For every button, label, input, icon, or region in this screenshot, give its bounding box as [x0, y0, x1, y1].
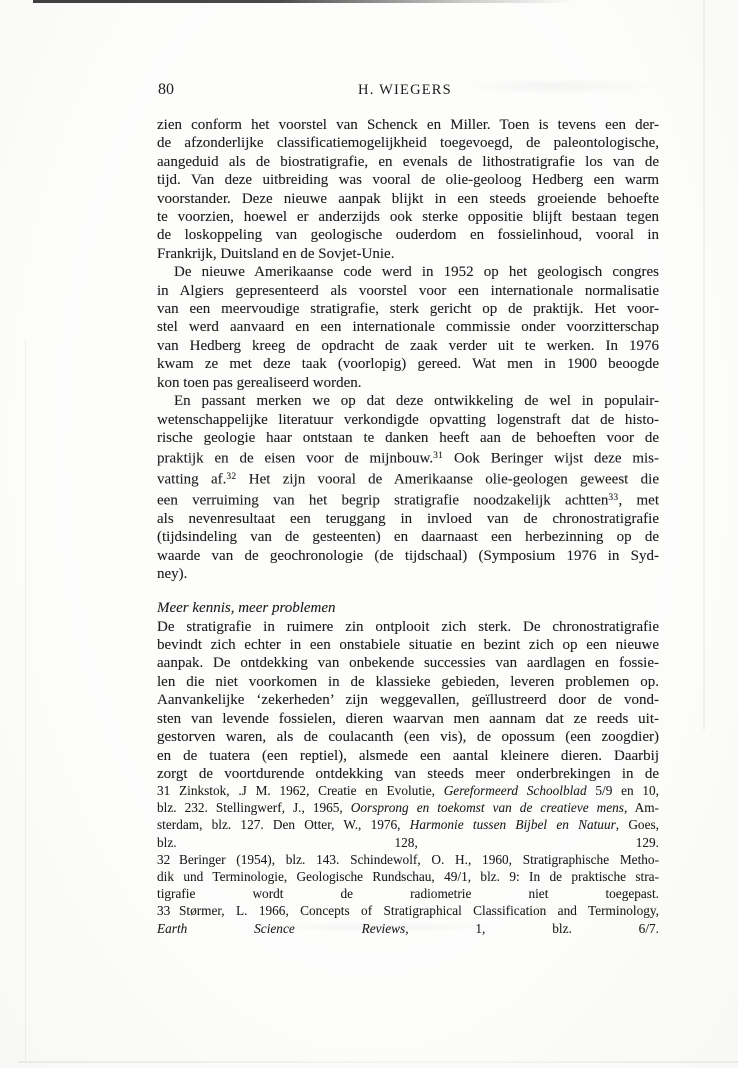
- text-line: ney).: [157, 565, 659, 583]
- italic-text: Oorsprong en toekomst van de creatieve m…: [351, 800, 624, 815]
- text-line: Earth Science Reviews, 1, blz. 6/7.: [157, 920, 659, 937]
- text-line: stel werd aanvaard en een internationale…: [157, 318, 659, 336]
- text-line: len die niet voorkomen in de klassieke g…: [157, 673, 659, 691]
- text-line: 31Zinkstok, .J M. 1962, Creatie en Evolu…: [157, 782, 659, 799]
- scan-artifact-top-edge: [33, 0, 573, 3]
- scan-page: 80 H. WIEGERS zien conform het voorstel …: [0, 0, 738, 1068]
- body-text: zien conform het voorstel van Schenck en…: [157, 116, 659, 783]
- italic-text: Harmonie tussen Bijbel en Natuur: [410, 817, 616, 832]
- footnote-reference: 31: [433, 451, 443, 461]
- text-line: rische geologie haar ontstaan te danken …: [157, 429, 659, 447]
- text-line: En passant merken we op dat deze ontwikk…: [157, 392, 659, 410]
- text-line: een verruiming van het begrip stratigraf…: [157, 489, 659, 510]
- running-header: H. WIEGERS: [358, 82, 452, 99]
- scan-artifact-left-edge: [25, 340, 26, 1062]
- text-line: dik und Terminologie, Geologische Rundsc…: [157, 868, 659, 885]
- text-line: bevindt zich echter in een onstabiele si…: [157, 636, 659, 654]
- scan-artifact-right-edge: [703, 0, 705, 730]
- text-line: voorstander. Deze nieuwe aanpak blijkt i…: [157, 190, 659, 208]
- footnote-number: 31: [157, 782, 179, 799]
- footnote-reference: 33: [608, 493, 618, 503]
- text-line: gestorven waren, als de coulacanth (een …: [157, 728, 659, 746]
- text-line: van Hedberg kreeg de opdracht de zaak ve…: [157, 337, 659, 355]
- footnote-number: 32: [157, 851, 179, 868]
- text-line: aangeduid als de biostratigrafie, en eve…: [157, 153, 659, 171]
- text-line: De nieuwe Amerikaanse code werd in 1952 …: [157, 263, 659, 281]
- text-line: tijd. Van deze uitbreiding was vooral de…: [157, 171, 659, 189]
- text-line: waarde van de geochronologie (de tijdsch…: [157, 547, 659, 565]
- text-line: blz. 128, 129.: [157, 834, 659, 851]
- text-line: als nevenresultaat een teruggang in invl…: [157, 510, 659, 528]
- text-line: vatting af.32 Het zijn vooral de Amerika…: [157, 468, 659, 489]
- text-line: 33Størmer, L. 1966, Concepts of Stratigr…: [157, 902, 659, 919]
- text-line: wetenschappelijke literatuur verkondigde…: [157, 411, 659, 429]
- text-line: de afzonderlijke classificatiemogelijkhe…: [157, 134, 659, 152]
- text-line: (tijdsindeling van de gesteenten) en daa…: [157, 528, 659, 546]
- text-line: blz. 232. Stellingwerf, J., 1965, Oorspr…: [157, 799, 659, 816]
- scan-artifact-bottom-edge: [18, 1061, 738, 1063]
- text-line: kon toen pas gerealiseerd worden.: [157, 374, 659, 392]
- footnote-reference: 32: [226, 472, 236, 482]
- text-line: sten van levende fossielen, dieren waarv…: [157, 710, 659, 728]
- text-line: van een meervoudige stratigrafie, sterk …: [157, 300, 659, 318]
- text-line: praktijk en de eisen voor de mijnbouw.31…: [157, 447, 659, 468]
- text-line: te voorzien, hoewel er anderzijds ook st…: [157, 208, 659, 226]
- scan-artifact-bleedthrough: [455, 78, 655, 94]
- text-line: de loskoppeling van geologische ouderdom…: [157, 226, 659, 244]
- footnote-number: 33: [157, 902, 179, 919]
- text-line: zien conform het voorstel van Schenck en…: [157, 116, 659, 134]
- text-line: De stratigrafie in ruimere zin ontplooit…: [157, 618, 659, 636]
- section-heading: Meer kennis, meer problemen: [157, 598, 659, 618]
- italic-text: Gereformeerd Schoolblad: [444, 783, 587, 798]
- text-line: tigrafie wordt de radiometrie niet toege…: [157, 885, 659, 902]
- page-number: 80: [158, 81, 174, 99]
- text-line: aanpak. De ontdekking van onbekende succ…: [157, 654, 659, 672]
- text-line: in Algiers gepresenteerd als voorstel vo…: [157, 282, 659, 300]
- footnotes: 31Zinkstok, .J M. 1962, Creatie en Evolu…: [157, 782, 659, 937]
- text-line: Aanvankelijke ‘zekerheden’ zijn weggeval…: [157, 691, 659, 709]
- text-line: 32Beringer (1954), blz. 143. Schindewolf…: [157, 851, 659, 868]
- text-line: sterdam, blz. 127. Den Otter, W., 1976, …: [157, 816, 659, 833]
- text-line: en de tuatera (een reptiel), alsmede een…: [157, 747, 659, 765]
- text-line: Frankrijk, Duitsland en de Sovjet-Unie.: [157, 245, 659, 263]
- text-line: kwam ze met deze taak (voorlopig) gereed…: [157, 355, 659, 373]
- text-line: zorgt de voortdurende ontdekking van ste…: [157, 765, 659, 783]
- italic-text: Earth Science Reviews: [157, 921, 405, 936]
